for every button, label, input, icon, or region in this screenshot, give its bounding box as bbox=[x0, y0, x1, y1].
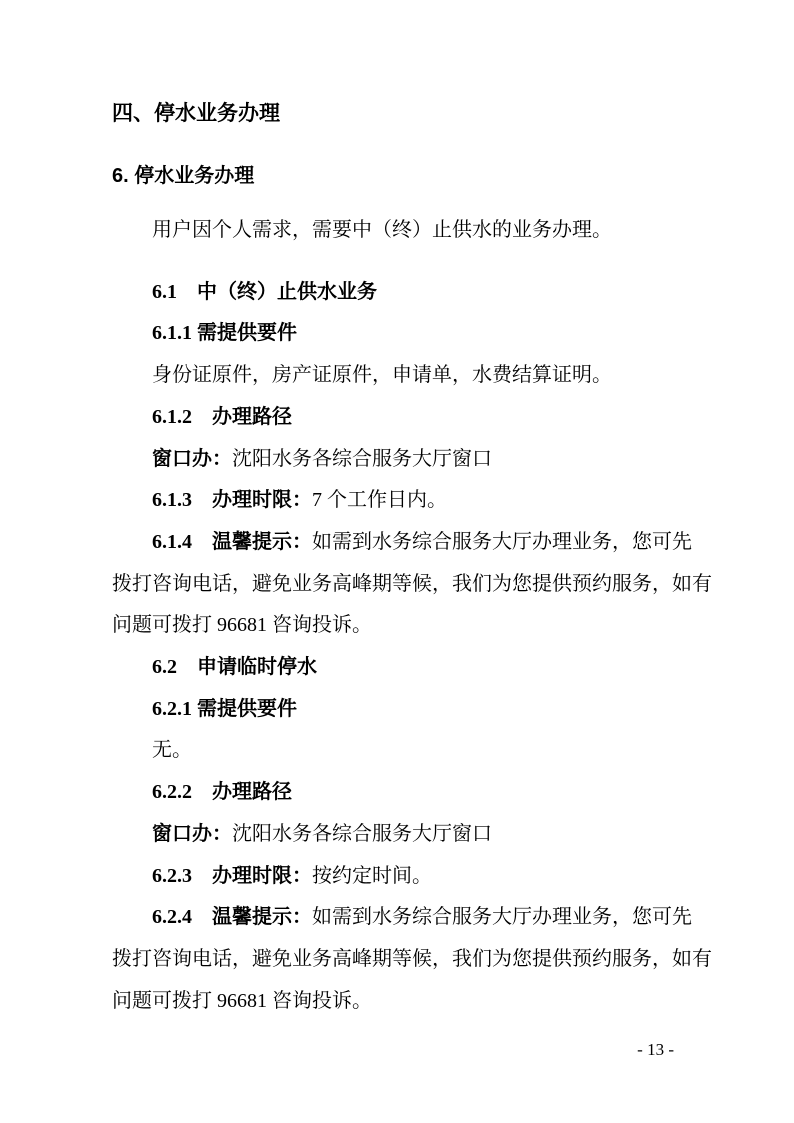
section-6-1-4-line1: 6.1.4 温馨提示：如需到水务综合服务大厅办理业务，您可先 bbox=[112, 522, 680, 564]
section-6-2-4-line1: 6.2.4 温馨提示：如需到水务综合服务大厅办理业务，您可先 bbox=[112, 897, 680, 939]
document-body: 用户因个人需求，需要中（终）止供水的业务办理。 6.1 中（终）止供水业务 6.… bbox=[112, 210, 680, 1022]
section-6-2-3-line: 6.2.3 办理时限：按约定时间。 bbox=[112, 856, 680, 898]
tips-text-line1: 如需到水务综合服务大厅办理业务，您可先 bbox=[312, 906, 692, 928]
section-6-2-window-line: 窗口办：沈阳水务各综合服务大厅窗口 bbox=[112, 814, 680, 856]
window-channel-label: 窗口办： bbox=[152, 823, 232, 845]
section-6-2-1-text: 无。 bbox=[112, 730, 680, 772]
window-channel-label: 窗口办： bbox=[152, 448, 232, 470]
section-6-2-1-heading: 6.2.1 需提供要件 bbox=[112, 689, 680, 731]
window-channel-text: 沈阳水务各综合服务大厅窗口 bbox=[232, 823, 492, 845]
tips-text-line1: 如需到水务综合服务大厅办理业务，您可先 bbox=[312, 531, 692, 553]
section-6-1-window-line: 窗口办：沈阳水务各综合服务大厅窗口 bbox=[112, 439, 680, 481]
section-6-1-title: 6.1 中（终）止供水业务 bbox=[112, 272, 680, 314]
section-6-1-2-heading: 6.1.2 办理路径 bbox=[112, 397, 680, 439]
time-limit-text: 7 个工作日内。 bbox=[312, 489, 447, 511]
section-6-1-4-line2: 拨打咨询电话，避免业务高峰期等候，我们为您提供预约服务，如有 bbox=[112, 564, 680, 606]
section-6-1-4-line3: 问题可拨打 96681 咨询投诉。 bbox=[112, 605, 680, 647]
tips-label: 6.2.4 温馨提示： bbox=[152, 906, 312, 928]
section-6-1-1-text: 身份证原件，房产证原件，申请单，水费结算证明。 bbox=[112, 355, 680, 397]
page-number: - 13 - bbox=[637, 1040, 674, 1060]
document-page: 四、停水业务办理 6. 停水业务办理 用户因个人需求，需要中（终）止供水的业务办… bbox=[0, 0, 794, 1123]
section-6-2-4-line2: 拨打咨询电话，避免业务高峰期等候，我们为您提供预约服务，如有 bbox=[112, 939, 680, 981]
section-6-2-title: 6.2 申请临时停水 bbox=[112, 647, 680, 689]
section-6-1-3-line: 6.1.3 办理时限：7 个工作日内。 bbox=[112, 480, 680, 522]
section-6-2-4-line3: 问题可拨打 96681 咨询投诉。 bbox=[112, 981, 680, 1023]
section-heading: 6. 停水业务办理 bbox=[112, 163, 680, 189]
section-6-1-1-heading: 6.1.1 需提供要件 bbox=[112, 313, 680, 355]
intro-paragraph: 用户因个人需求，需要中（终）止供水的业务办理。 bbox=[112, 210, 680, 252]
time-limit-text: 按约定时间。 bbox=[312, 865, 432, 887]
window-channel-text: 沈阳水务各综合服务大厅窗口 bbox=[232, 448, 492, 470]
tips-label: 6.1.4 温馨提示： bbox=[152, 531, 312, 553]
time-limit-label: 6.2.3 办理时限： bbox=[152, 865, 312, 887]
time-limit-label: 6.1.3 办理时限： bbox=[152, 489, 312, 511]
section-6-2-2-heading: 6.2.2 办理路径 bbox=[112, 772, 680, 814]
chapter-heading: 四、停水业务办理 bbox=[112, 101, 680, 127]
